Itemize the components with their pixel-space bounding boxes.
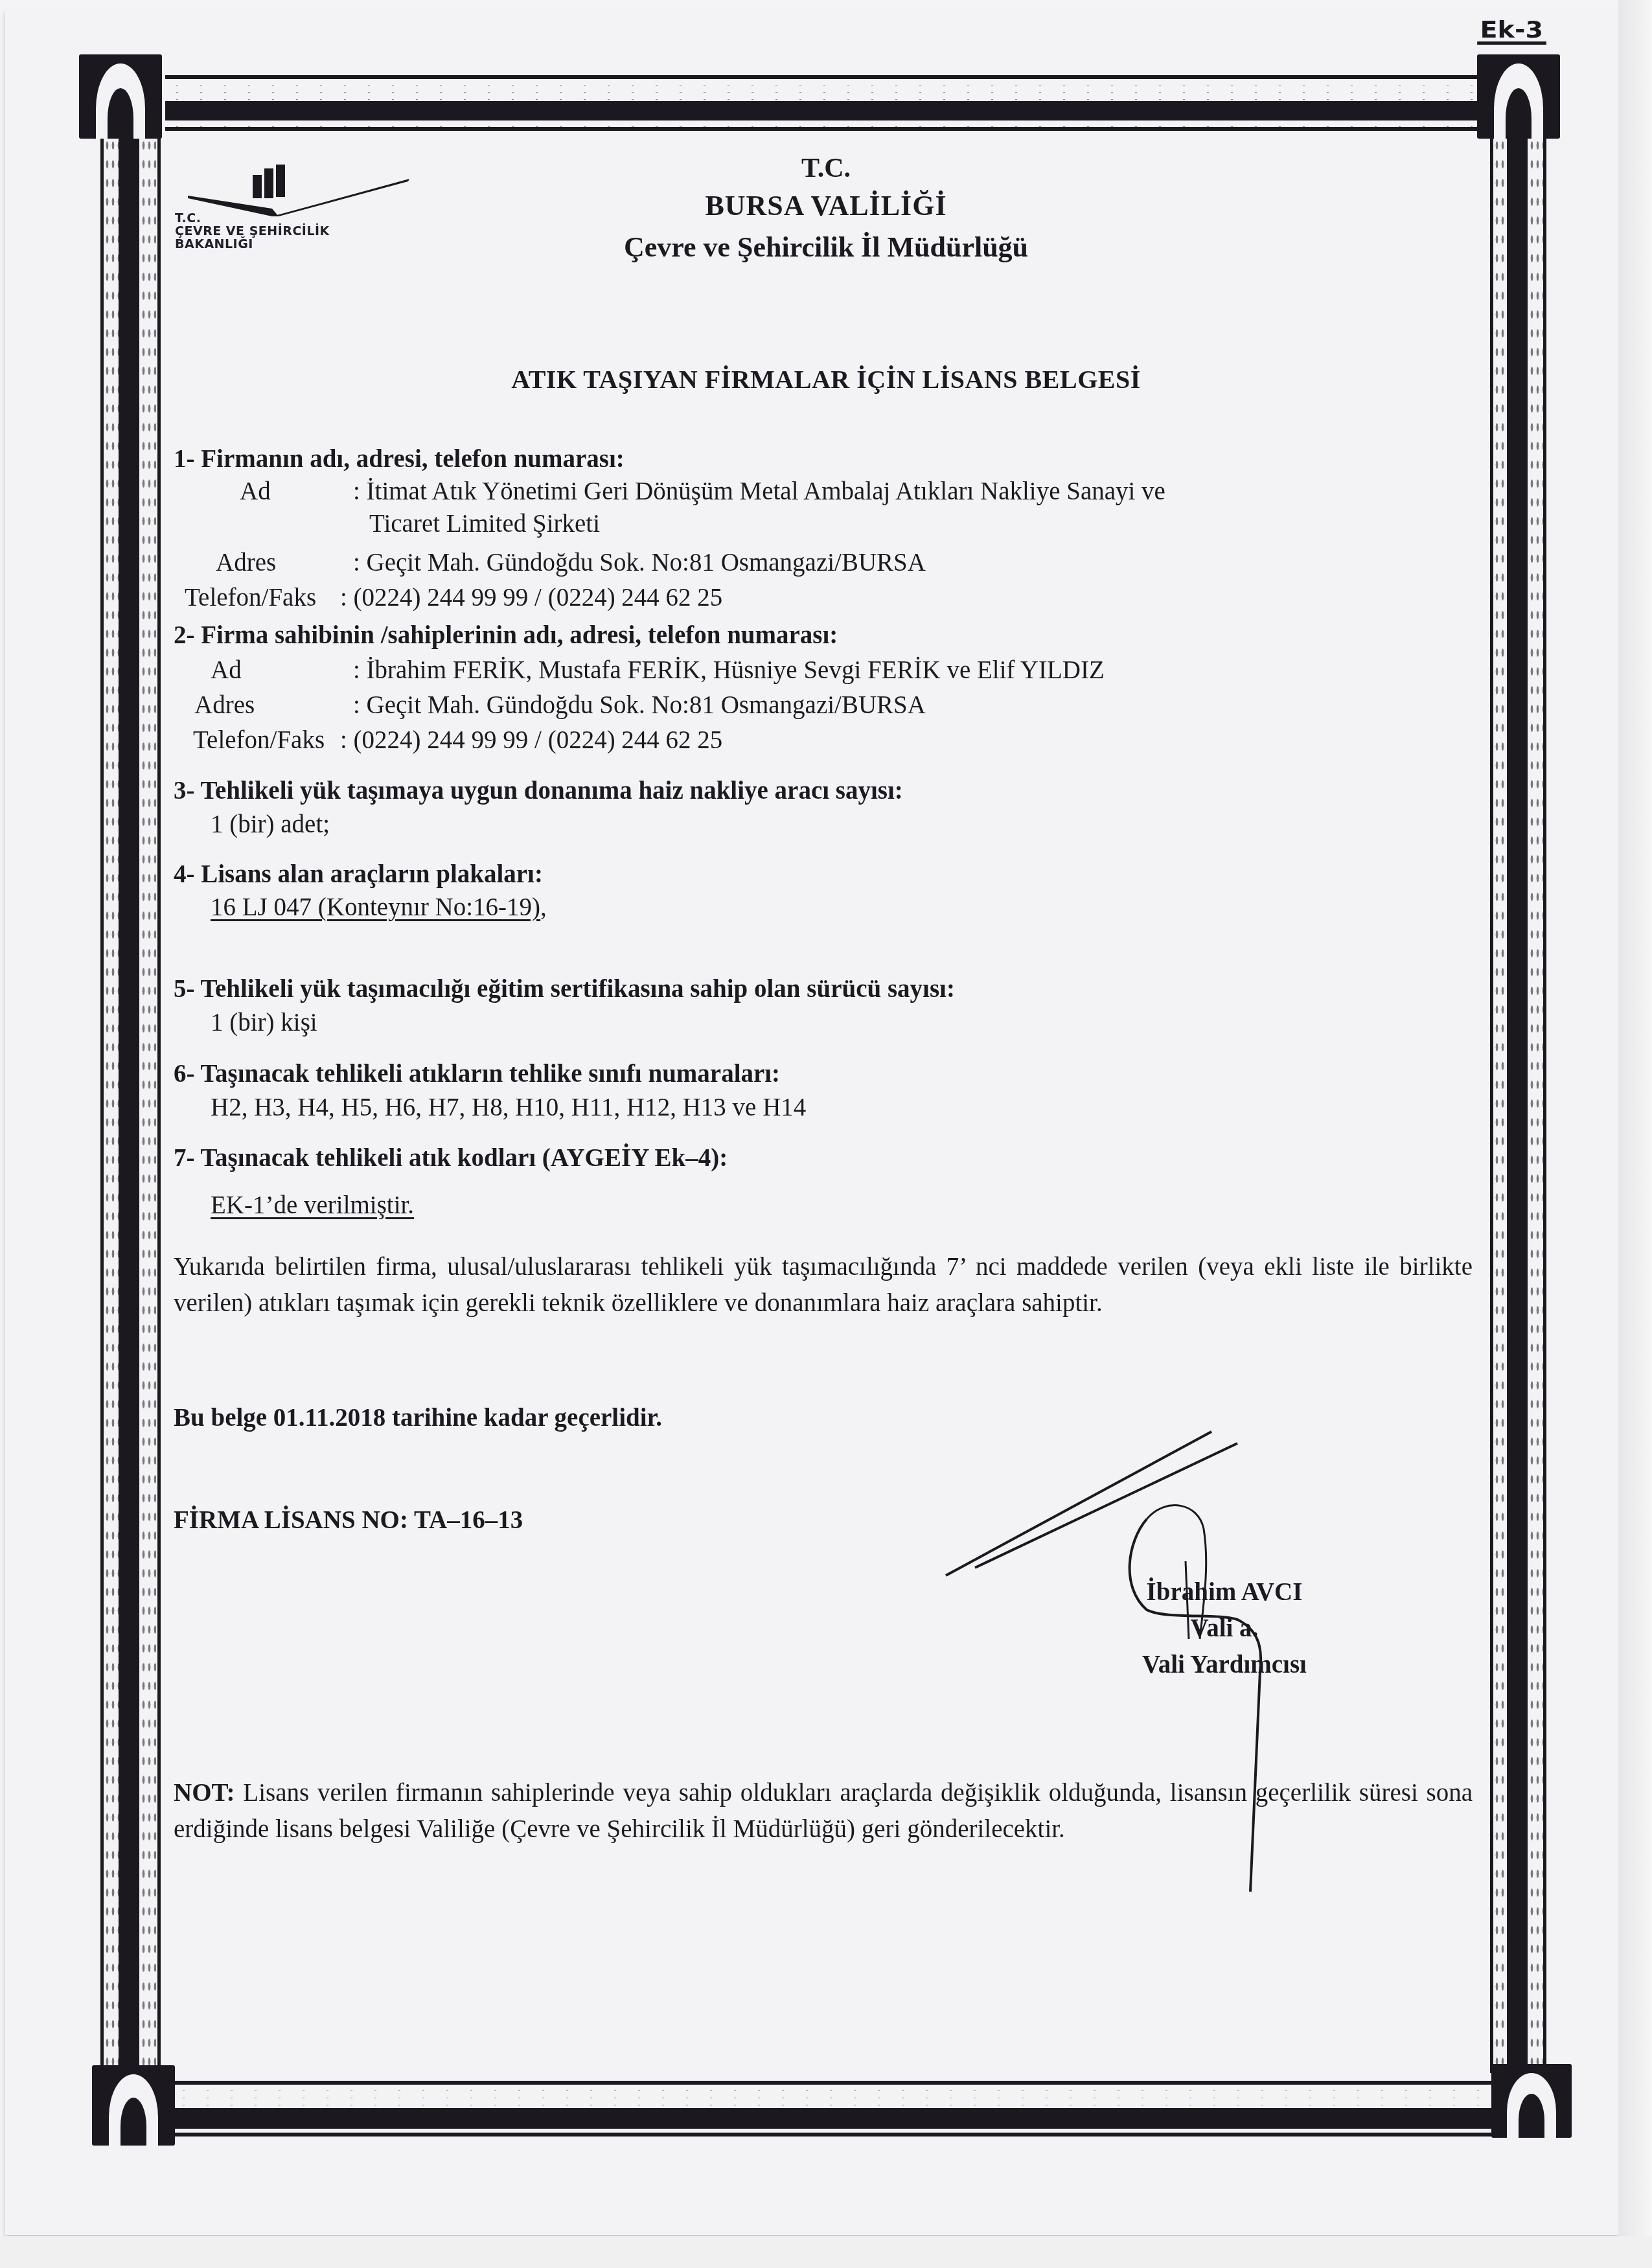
signatory-title: Vali Yardımcısı (1114, 1647, 1335, 1683)
header-directorate: Çevre ve Şehircilik İl Müdürlüğü (0, 231, 1652, 264)
frame-bottom-bar (172, 2081, 1493, 2136)
validity-statement: Bu belge 01.11.2018 tarihine kadar geçer… (174, 1403, 662, 1433)
section-6-heading: 6- Taşınacak tehlikeli atıkların tehlike… (174, 1059, 780, 1089)
note-text: Lisans verilen firmanın sahiplerinde vey… (174, 1779, 1473, 1843)
scan-bottom-margin (0, 2236, 1652, 2268)
section-1-tel-value: : (0224) 244 99 99 / (0224) 244 62 25 (340, 583, 722, 613)
note-paragraph: NOT: Lisans verilen firmanın sahiplerind… (174, 1775, 1473, 1848)
section-2-adres-label: Adres (194, 691, 255, 720)
frame-left-column (100, 136, 162, 2073)
section-1-ad-value: : İtimat Atık Yönetimi Geri Dönüşüm Meta… (353, 477, 1165, 507)
section-2-tel-label: Telefon/Faks (193, 726, 325, 755)
statement-paragraph: Yukarıda belirtilen firma, ulusal/ulusla… (174, 1249, 1473, 1322)
frame-right-column (1490, 136, 1548, 2073)
frame-corner-top-right (1477, 54, 1560, 139)
section-4-plate-value: 16 LJ 047 (Konteynır No:16-19) (211, 893, 540, 921)
frame-corner-bottom-left (92, 2065, 175, 2146)
section-3-heading: 3- Tehlikeli yük taşımaya uygun donanıma… (174, 776, 903, 806)
header-governorship: BURSA VALİLİĞİ (0, 189, 1652, 222)
section-6-value: H2, H3, H4, H5, H6, H7, H8, H10, H11, H1… (211, 1093, 806, 1123)
section-1-tel-label: Telefon/Faks (185, 583, 316, 613)
note-label: NOT: (174, 1779, 235, 1807)
header-tc: T.C. (0, 153, 1652, 184)
signatory-name: İbrahim AVCI (1114, 1574, 1335, 1610)
section-3-value: 1 (bir) adet; (211, 810, 330, 840)
signatory-block: İbrahim AVCI Vali a. Vali Yardımcısı (1114, 1574, 1335, 1683)
section-2-ad-label: Ad (211, 656, 242, 685)
frame-top-bar (165, 75, 1493, 131)
section-5-heading: 5- Tehlikeli yük taşımacılığı eğitim ser… (174, 974, 955, 1004)
section-2-tel-value: : (0224) 244 99 99 / (0224) 244 62 25 (340, 726, 722, 755)
signatory-on-behalf: Vali a. (1114, 1610, 1335, 1647)
license-number: FİRMA LİSANS NO: TA–16–13 (174, 1506, 523, 1535)
scan-edge-shadow (1618, 0, 1652, 2268)
document-title: ATIK TAŞIYAN FİRMALAR İÇİN LİSANS BELGES… (0, 364, 1652, 395)
section-7-heading: 7- Taşınacak tehlikeli atık kodları (AYG… (174, 1143, 728, 1173)
frame-corner-bottom-right (1491, 2064, 1572, 2138)
frame-corner-top-left (79, 54, 162, 139)
section-1-adres-label: Adres (216, 548, 276, 578)
section-4-value-wrap: 16 LJ 047 (Konteynır No:16-19), (211, 893, 547, 922)
section-7-value: EK-1’de verilmiştir. (211, 1191, 414, 1220)
section-5-value: 1 (bir) kişi (211, 1008, 317, 1038)
section-4-suffix: , (540, 893, 547, 921)
section-1-ad-value-cont: Ticaret Limited Şirketi (369, 509, 600, 539)
section-2-heading: 2- Firma sahibinin /sahiplerinin adı, ad… (174, 621, 838, 650)
section-1-ad-label: Ad (240, 477, 271, 507)
section-1-heading: 1- Firmanın adı, adresi, telefon numaras… (174, 444, 625, 474)
section-2-ad-value: : İbrahim FERİK, Mustafa FERİK, Hüsniye … (353, 656, 1105, 685)
section-4-heading: 4- Lisans alan araçların plakaları: (174, 860, 543, 889)
handwritten-annex-note: Ek-3 (1477, 19, 1546, 45)
section-1-adres-value: : Geçit Mah. Gündoğdu Sok. No:81 Osmanga… (353, 548, 926, 578)
section-2-adres-value: : Geçit Mah. Gündoğdu Sok. No:81 Osmanga… (353, 691, 926, 720)
